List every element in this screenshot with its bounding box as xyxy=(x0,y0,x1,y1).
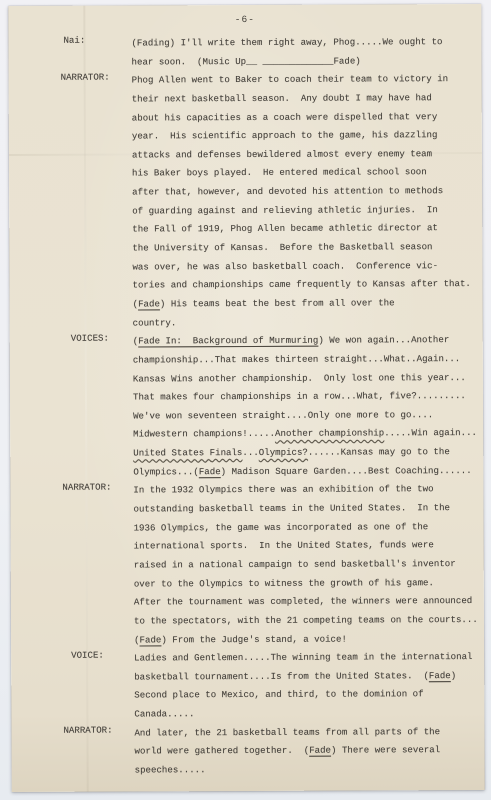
script-line: over to the Olympics to witness the grow… xyxy=(11,574,484,595)
script-line: country. xyxy=(10,313,483,334)
text-segment: his Baker boys played. He entered medica… xyxy=(132,167,427,179)
text-segment: That makes four championships in a row..… xyxy=(133,390,466,402)
speaker-label: VOICES: xyxy=(71,333,109,344)
text-segment: In the 1932 Olympics there was an exhibi… xyxy=(133,484,433,496)
script-line: championship...That makes thirteen strai… xyxy=(10,350,483,371)
text-segment: Ladies and Gentlemen.....The winning tea… xyxy=(134,651,472,663)
text-segment: ) His teams beat the best from all over … xyxy=(160,297,395,309)
speaker-label: Nai: xyxy=(63,35,85,46)
page-number: -6- xyxy=(8,13,481,26)
text-segment: raised in a national campaign to send ba… xyxy=(134,558,456,570)
text-segment: speeches..... xyxy=(135,764,206,775)
text-segment: ) We won again...Another xyxy=(318,334,449,346)
text-segment: of guarding against and relieving athlet… xyxy=(132,204,438,216)
text-segment: world were gathered together. ( xyxy=(135,745,310,757)
text-segment: We've won seventeen straight....Only one… xyxy=(133,409,433,421)
speaker-label: NARRATOR: xyxy=(63,724,112,735)
text-segment: ) From the Judge's stand, a voice! xyxy=(161,633,347,645)
text-segment: their next basketball season. Any doubt … xyxy=(132,92,432,104)
script-line: speeches..... xyxy=(12,760,485,781)
text-segment: Second place to Mexico, and third, to th… xyxy=(134,689,423,701)
dialogue-block: NARRATOR:And later, the 21 basketball te… xyxy=(11,723,484,781)
text-segment: ) There were several xyxy=(331,745,440,756)
dialogue-block: VOICE:Ladies and Gentlemen.....The winni… xyxy=(11,648,484,725)
text-segment: ......Kansas may go to the xyxy=(308,446,450,458)
text-segment: after that, however, and devoted his att… xyxy=(132,185,443,197)
text-segment: ... xyxy=(242,447,258,458)
text-segment: about his capacities as a coach were dis… xyxy=(132,111,438,123)
text-segment: Phog Allen went to Baker to coach their … xyxy=(132,73,449,85)
script-line: year. His scientific approach to the gam… xyxy=(9,126,482,147)
text-segment: was over, he was also basketball coach. … xyxy=(132,260,438,272)
script-line: to the spectators, with the 21 competing… xyxy=(11,611,484,632)
text-segment: hear soon. (Music Up__ _____________Fade… xyxy=(132,55,361,67)
script-line: Canada..... xyxy=(11,704,484,725)
script-page: -6- Nai:(Fading) I'll write them right a… xyxy=(8,4,484,792)
text-segment: country. xyxy=(133,317,177,328)
typed-underline-text: Fade xyxy=(138,298,160,309)
typed-underline-text: Fade xyxy=(429,670,451,681)
script-line: (Fade) From the Judge's stand, a voice! xyxy=(11,629,484,650)
text-segment: attacks and defenses bewildered almost e… xyxy=(132,148,432,160)
script-line: of guarding against and relieving athlet… xyxy=(9,201,482,222)
text-segment: .....Win again... xyxy=(384,427,477,438)
script-line: the Fall of 1919, Phog Allen became athl… xyxy=(9,219,482,240)
script-line: That makes four championships in a row..… xyxy=(10,387,483,408)
typed-underline-text: Fade xyxy=(139,634,161,645)
scanned-document: -6- Nai:(Fading) I'll write them right a… xyxy=(0,0,491,800)
typed-underline-text: Fade xyxy=(199,466,221,477)
handwritten-underline-text: United States Finals xyxy=(133,447,242,458)
script-line: basketball tournament....Is from the Uni… xyxy=(11,667,484,688)
speaker-label: VOICE: xyxy=(71,650,104,661)
handwritten-underline-text: Another championship xyxy=(275,428,384,439)
script-line: Second place to Mexico, and third, to th… xyxy=(11,685,484,706)
text-segment: tories and championships came frequently… xyxy=(132,278,470,290)
script-line: United States Finals...Olympics?......Ka… xyxy=(10,443,483,464)
script-line: was over, he was also basketball coach. … xyxy=(9,257,482,278)
text-segment: international sports. In the United Stat… xyxy=(134,539,434,551)
script-line: outstanding basketball teams in the Unit… xyxy=(10,499,483,520)
dialogue-block: VOICES:(Fade In: Background of Murmuring… xyxy=(10,331,484,482)
text-segment: And later, the 21 basketball teams from … xyxy=(134,726,440,738)
handwritten-underline-text: Olympics? xyxy=(259,447,308,458)
text-segment: ) Madison Square Garden....Best Coaching… xyxy=(221,465,472,477)
script-line: raised in a national campaign to send ba… xyxy=(11,555,484,576)
script-line: (Fade) His teams beat the best from all … xyxy=(10,294,483,315)
text-segment: year. His scientific approach to the gam… xyxy=(132,129,438,141)
typed-underline-text: Fade In: Background of Murmuring xyxy=(138,335,318,347)
script-line: their next basketball season. Any doubt … xyxy=(9,89,482,110)
script-line: the University of Kansas. Before the Bas… xyxy=(9,238,482,259)
script-line: after that, however, and devoted his att… xyxy=(9,182,482,203)
text-segment: championship...That makes thirteen strai… xyxy=(133,353,460,365)
speaker-label: NARRATOR: xyxy=(62,482,111,493)
script-line: Midwestern champions!.....Another champi… xyxy=(10,424,483,445)
script-line: his Baker boys played. He entered medica… xyxy=(9,163,482,184)
speaker-label: NARRATOR: xyxy=(61,72,110,83)
script-line: tories and championships came frequently… xyxy=(9,275,482,296)
text-segment: 1936 Olympics, the game was incorporated… xyxy=(134,521,429,533)
script-line: We've won seventeen straight....Only one… xyxy=(10,406,483,427)
typed-underline-text: Fade xyxy=(309,745,331,756)
script-line: hear soon. (Music Up__ _____________Fade… xyxy=(8,52,481,73)
script-line: After the tournament was completed, the … xyxy=(11,592,484,613)
text-segment: Kansas Wins another championship. Only l… xyxy=(133,372,466,384)
text-segment: basketball tournament....Is from the Uni… xyxy=(134,670,429,682)
text-segment: Midwestern champions!..... xyxy=(133,428,275,440)
text-segment: After the tournament was completed, the … xyxy=(134,595,472,607)
text-segment: Canada..... xyxy=(134,708,194,719)
script-line: attacks and defenses bewildered almost e… xyxy=(9,145,482,166)
dialogue-block: NARRATOR:In the 1932 Olympics there was … xyxy=(10,480,484,650)
text-segment: outstanding basketball teams in the Unit… xyxy=(133,502,450,514)
script-line: about his capacities as a coach were dis… xyxy=(9,108,482,129)
text-segment: (Fading) I'll write them right away, Pho… xyxy=(131,36,442,48)
script-line: world were gathered together. (Fade) The… xyxy=(12,741,485,762)
script-line: Olympics...(Fade) Madison Square Garden.… xyxy=(10,462,483,483)
dialogue-block: Nai:(Fading) I'll write them right away,… xyxy=(8,33,481,72)
text-segment: ) xyxy=(451,670,457,681)
script-line: Kansas Wins another championship. Only l… xyxy=(10,368,483,389)
script-line: 1936 Olympics, the game was incorporated… xyxy=(11,518,484,539)
text-segment: to the spectators, with the 21 competing… xyxy=(134,614,478,627)
text-segment: over to the Olympics to witness the grow… xyxy=(134,577,434,589)
script-line: international sports. In the United Stat… xyxy=(11,536,484,557)
text-segment: Olympics...( xyxy=(133,466,199,477)
dialogue-block: NARRATOR:Phog Allen went to Baker to coa… xyxy=(9,70,483,333)
text-segment: the University of Kansas. Before the Bas… xyxy=(132,241,432,253)
script-blocks: Nai:(Fading) I'll write them right away,… xyxy=(8,33,484,781)
text-segment: the Fall of 1919, Phog Allen became athl… xyxy=(132,223,438,235)
